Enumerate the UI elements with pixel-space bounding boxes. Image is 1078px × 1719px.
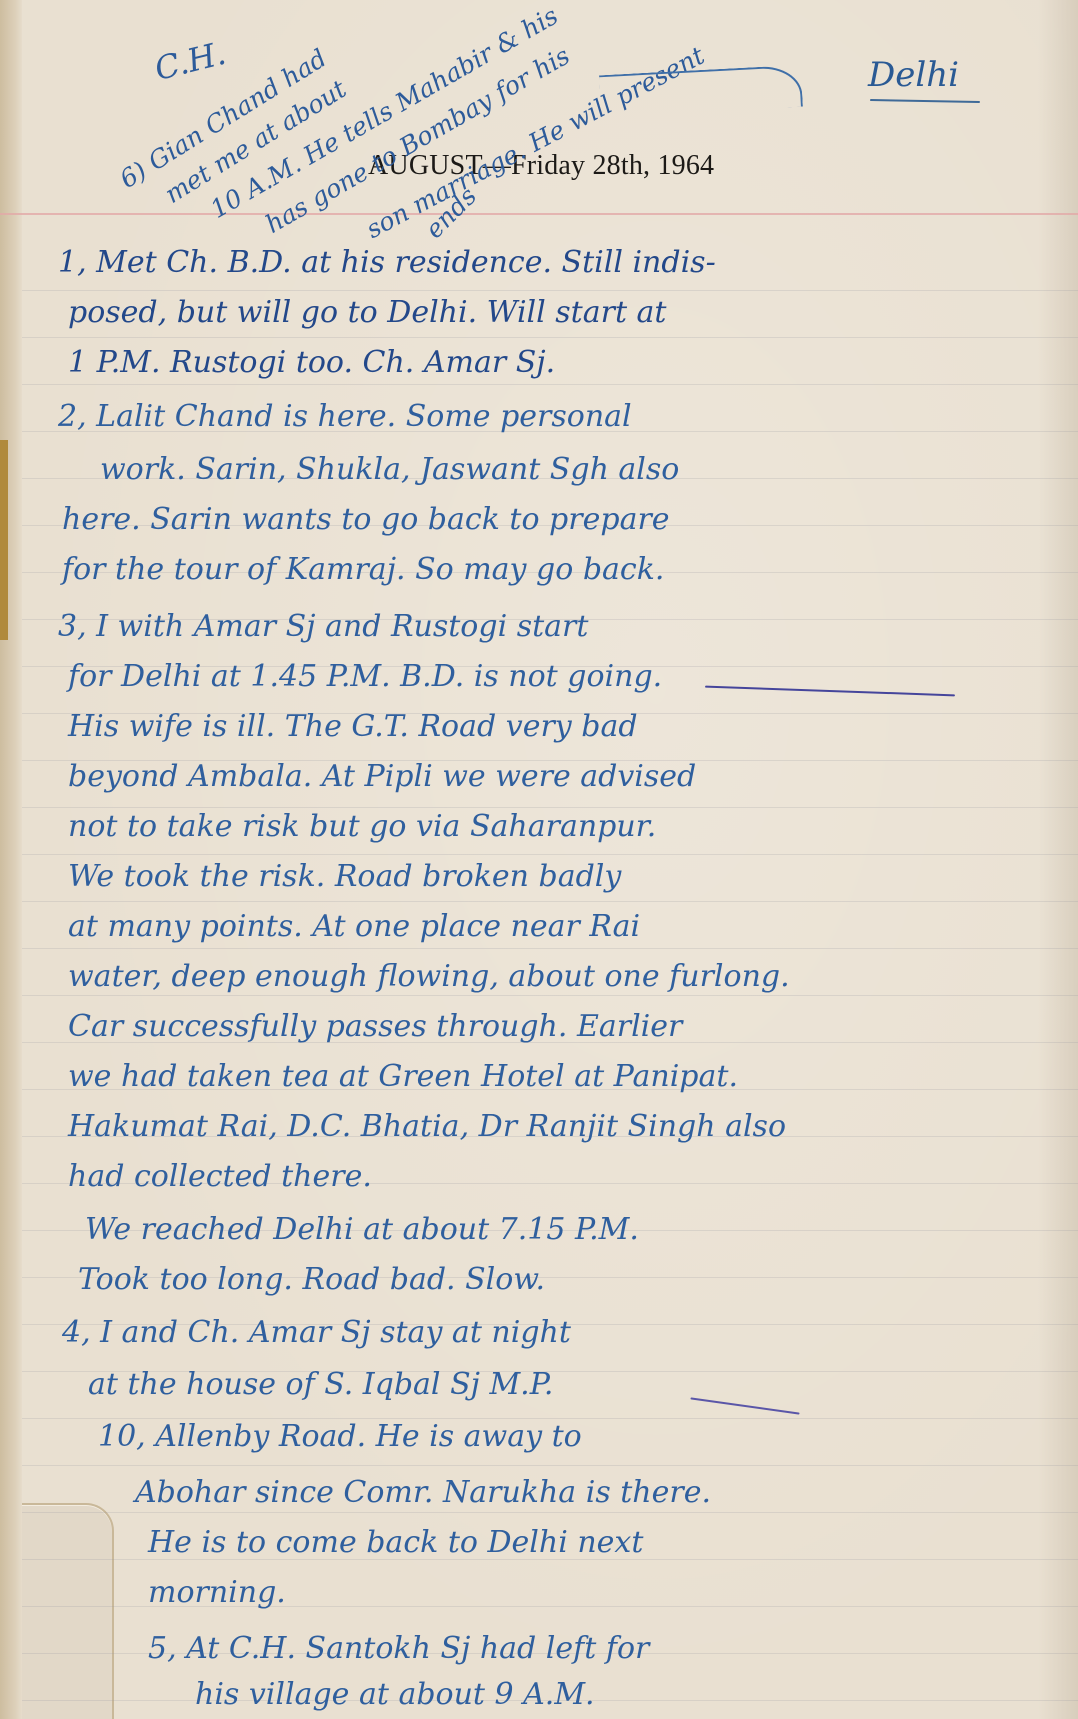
entry-2-line: here. Sarin wants to go back to prepare: [62, 505, 670, 535]
entry-3-line: We reached Delhi at about 7.15 P.M.: [85, 1215, 639, 1245]
entry-4-line: 4, I and Ch. Amar Sj stay at night: [62, 1318, 571, 1348]
entry-4-line: Abohar since Comr. Narukha is there.: [135, 1478, 711, 1508]
ruled-line: [22, 1465, 1078, 1466]
entry-3-line: 3, I with Amar Sj and Rustogi start: [58, 612, 588, 642]
ruled-line: [22, 337, 1078, 338]
ruled-line: [22, 384, 1078, 385]
entry-2-line: 2, Lalit Chand is here. Some personal: [58, 402, 632, 432]
entry-3-line: beyond Ambala. At Pipli we were advised: [68, 762, 696, 792]
entry-3-line: His wife is ill. The G.T. Road very bad: [68, 712, 638, 742]
entry-4-line: morning.: [148, 1578, 286, 1608]
entry-5-line: 5, At C.H. Santokh Sj had left for: [148, 1634, 649, 1664]
page-tab-cutout: [22, 1503, 114, 1719]
header-rule: [0, 213, 1078, 215]
entry-4-line: at the house of S. Iqbal Sj M.P.: [88, 1370, 553, 1400]
place-tag: Delhi: [868, 55, 959, 95]
entry-3-line: We took the risk. Road broken badly: [68, 862, 621, 892]
ruled-line: [22, 290, 1078, 291]
entry-4-line: 10, Allenby Road. He is away to: [98, 1422, 582, 1452]
entry-3-line: Hakumat Rai, D.C. Bhatia, Dr Ranjit Sing…: [68, 1112, 786, 1142]
ruled-line: [22, 1512, 1078, 1513]
entry-1-line: posed, but will go to Delhi. Will start …: [68, 298, 667, 328]
entry-3-line: at many points. At one place near Rai: [68, 912, 640, 942]
page-edge-shadow: [1038, 0, 1078, 1719]
entry-3-line: for Delhi at 1.45 P.M. B.D. is not going…: [68, 662, 662, 692]
entry-3-line: we had taken tea at Green Hotel at Panip…: [68, 1062, 738, 1092]
entry-2-line: for the tour of Kamraj. So may go back.: [62, 555, 664, 585]
binding-tab-mark: [0, 440, 8, 640]
entry-1-line: 1 P.M. Rustogi too. Ch. Amar Sj.: [68, 348, 555, 378]
entry-3-line: Took too long. Road bad. Slow.: [78, 1265, 545, 1295]
entry-2-line: work. Sarin, Shukla, Jaswant Sgh also: [100, 455, 679, 485]
ruled-line: [22, 995, 1078, 996]
ruled-line: [22, 854, 1078, 855]
binding-edge: [0, 0, 22, 1719]
entry-5-line: his village at about 9 A.M.: [195, 1680, 595, 1710]
entry-1-line: 1, Met Ch. B.D. at his residence. Still …: [58, 248, 716, 278]
ruled-line: [22, 901, 1078, 902]
entry-3-line: water, deep enough flowing, about one fu…: [68, 962, 790, 992]
entry-3-line: not to take risk but go via Saharanpur.: [68, 812, 656, 842]
entry-3-line: Car successfully passes through. Earlier: [68, 1012, 682, 1042]
entry-4-line: He is to come back to Delhi next: [148, 1528, 643, 1558]
entry-3-line: had collected there.: [68, 1162, 372, 1192]
ruled-line: [22, 948, 1078, 949]
scanned-diary-page: AUGUST—Friday 28th, 1964 Delhi C.H. 6) G…: [0, 0, 1078, 1719]
ruled-line: [22, 807, 1078, 808]
